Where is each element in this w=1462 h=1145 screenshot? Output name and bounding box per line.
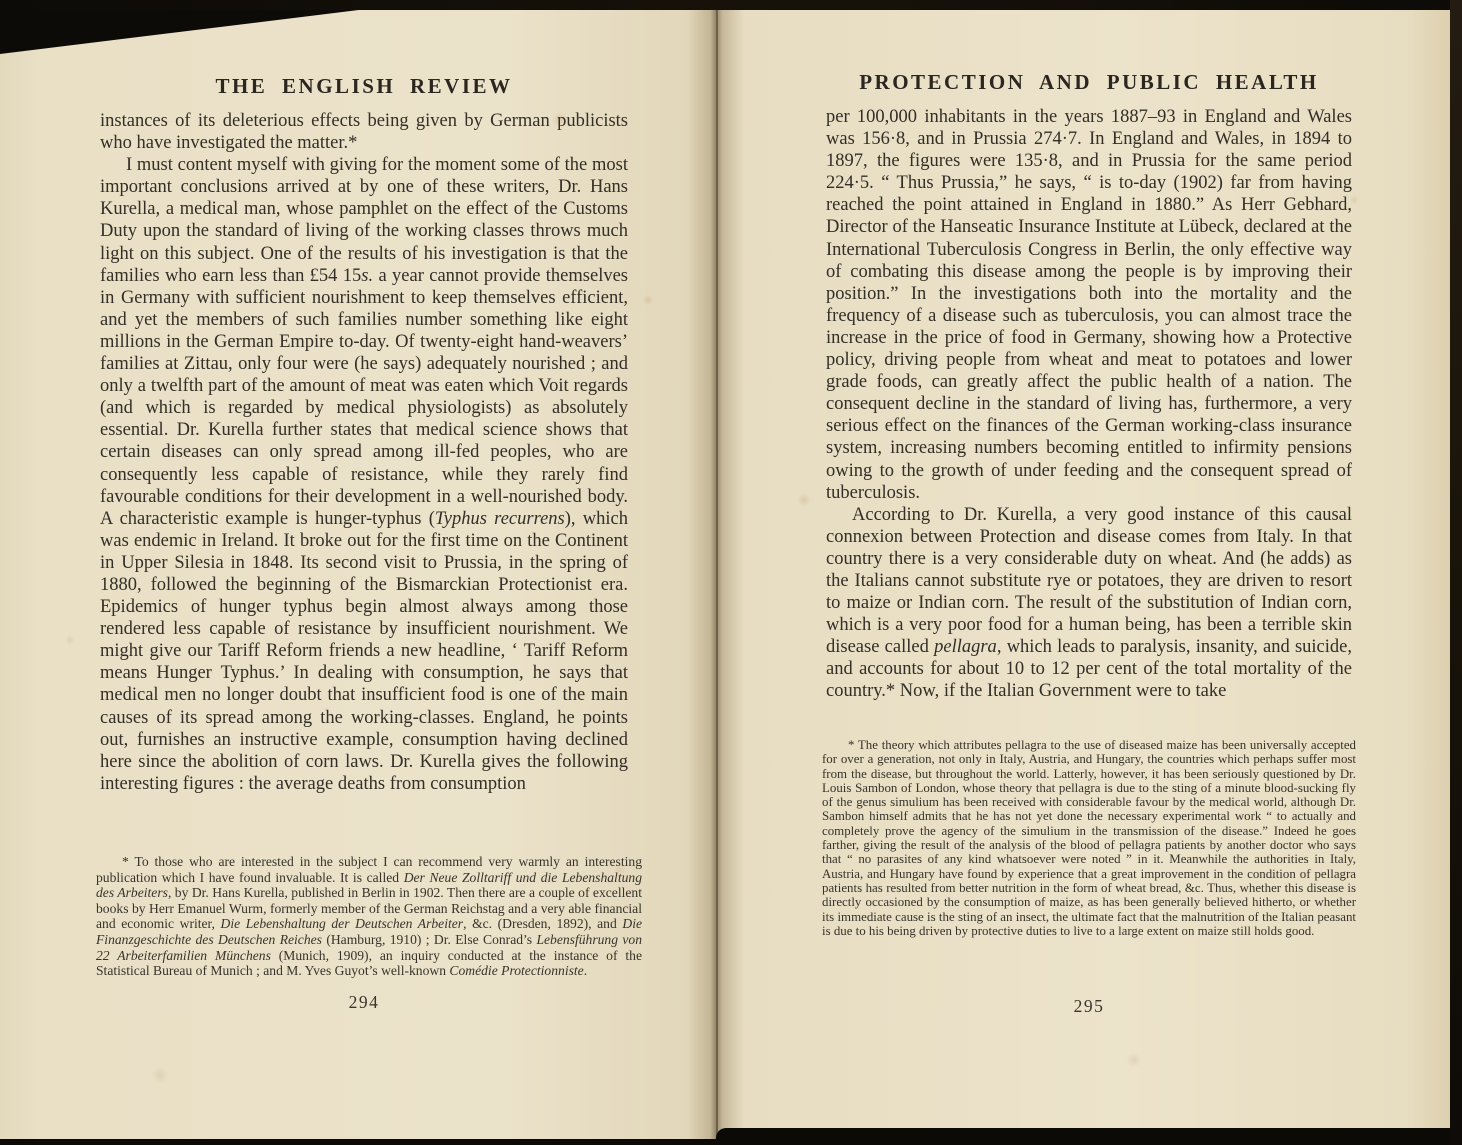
paragraph: According to Dr. Kurella, a very good in…: [826, 504, 1352, 703]
text-run: a year cannot provide themselves in Germ…: [100, 266, 628, 529]
right-running-head: PROTECTION AND PUBLIC HEALTH: [826, 70, 1352, 95]
book-scan: THE ENGLISH REVIEW instances of its dele…: [0, 0, 1462, 1145]
left-page: THE ENGLISH REVIEW instances of its dele…: [0, 0, 714, 1145]
right-body-text: per 100,000 inhabitants in the years 188…: [826, 106, 1352, 736]
text-run: .: [584, 963, 587, 978]
paragraph: per 100,000 inhabitants in the years 188…: [826, 106, 1352, 504]
right-page: PROTECTION AND PUBLIC HEALTH per 100,000…: [714, 0, 1451, 1145]
right-footnote: * The theory which attributes pellagra t…: [822, 738, 1356, 1000]
italic-text: s.: [361, 266, 373, 286]
text-run: , &c. (Dresden, 1892), and: [463, 916, 622, 931]
text-run: instances of its deleterious effects bei…: [100, 111, 628, 153]
text-run: According to Dr. Kurella, a very good in…: [826, 505, 1352, 658]
paragraph: instances of its deleterious effects bei…: [100, 110, 628, 154]
italic-text: Typhus recurrens: [435, 509, 565, 529]
right-page-number: 295: [826, 996, 1352, 1017]
left-body-text: instances of its deleterious effects bei…: [100, 110, 628, 852]
paragraph: * The theory which attributes pellagra t…: [822, 738, 1356, 938]
italic-text: pellagra: [934, 637, 997, 657]
paragraph: * To those who are interested in the sub…: [96, 854, 642, 979]
text-run: (Hamburg, 1910) ; Dr. Else Conrad’s: [322, 932, 536, 947]
left-footnote: * To those who are interested in the sub…: [96, 854, 642, 1006]
left-page-number: 294: [100, 992, 628, 1013]
italic-text: Die Lebenshaltung der Deutschen Arbeiter: [221, 916, 464, 931]
book-edge-bottom-right: [716, 1128, 1462, 1145]
paragraph: I must content myself with giving for th…: [100, 154, 628, 795]
text-run: per 100,000 inhabitants in the years 188…: [826, 107, 1352, 503]
italic-text: Comédie Protectionniste: [449, 963, 583, 978]
text-run: * The theory which attributes pellagra t…: [822, 738, 1356, 938]
left-running-head: THE ENGLISH REVIEW: [100, 74, 628, 99]
text-run: ), which was endemic in Ireland. It brok…: [100, 509, 628, 794]
book-edge-top: [0, 0, 1462, 10]
book-edge-right: [1450, 0, 1462, 1145]
